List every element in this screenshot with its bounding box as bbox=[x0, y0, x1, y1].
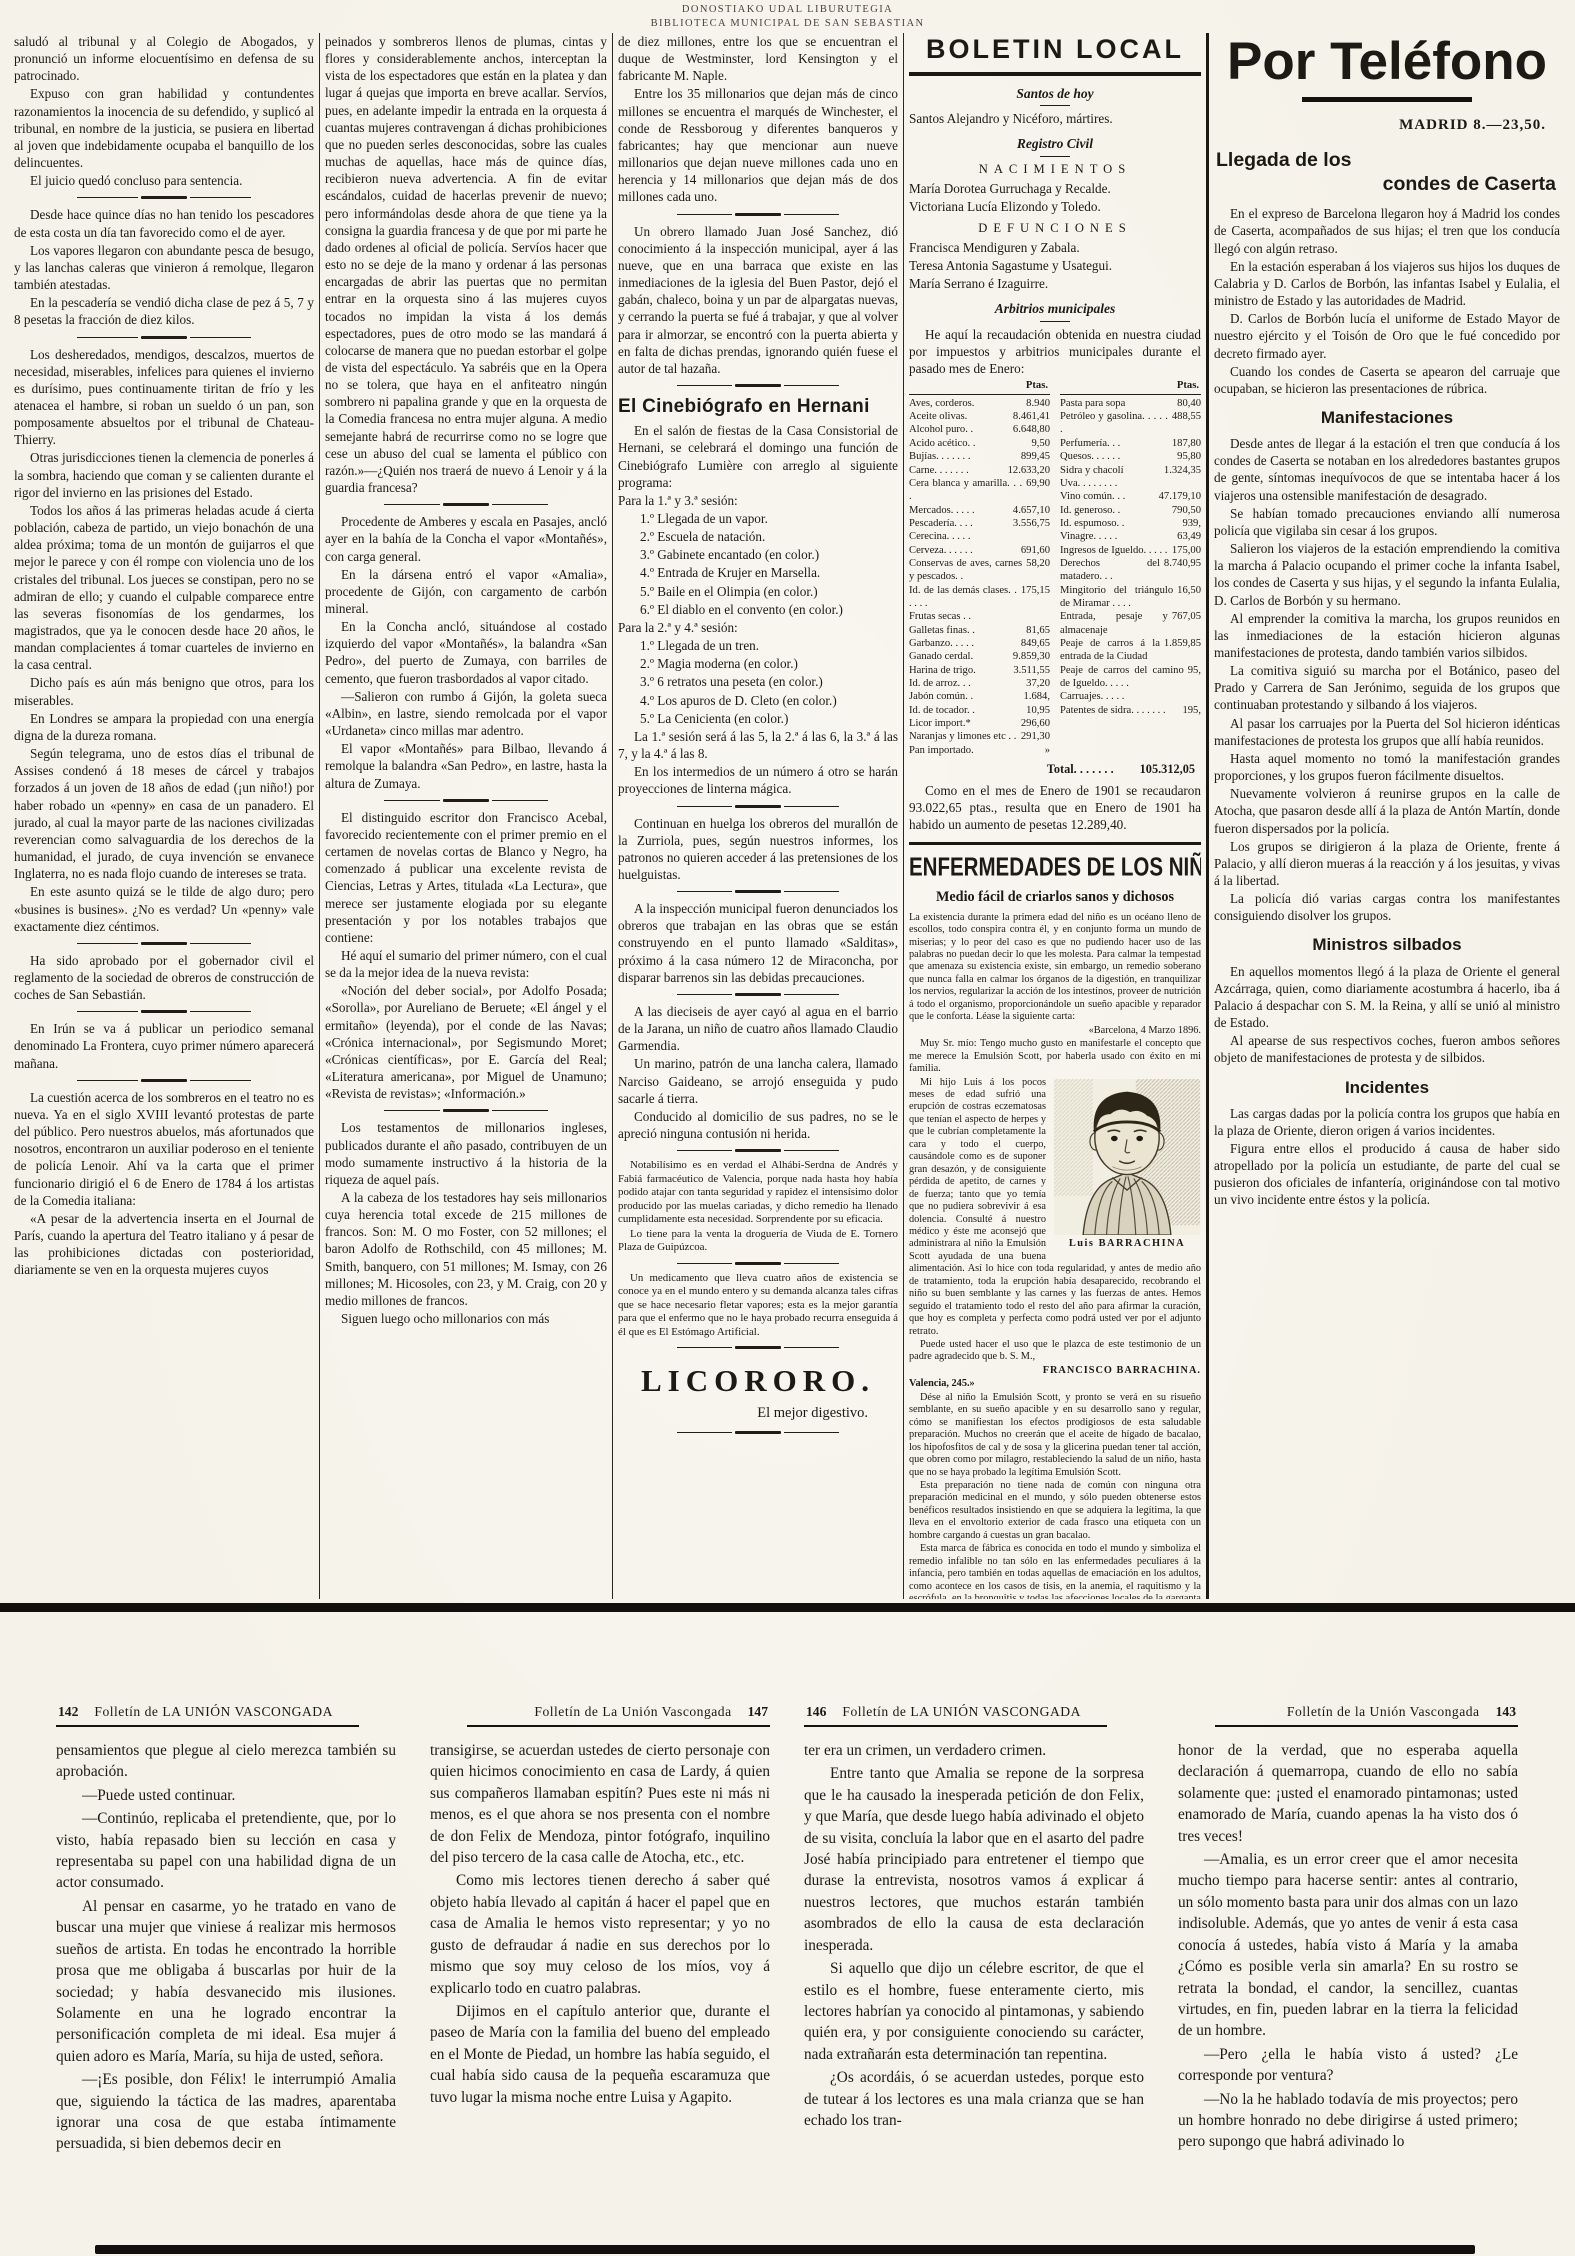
subhead: Manifestaciones bbox=[1214, 407, 1560, 429]
ornament-divider bbox=[677, 213, 839, 216]
portrait-caption: Luis BARRACHINA bbox=[1053, 1238, 1201, 1251]
arbitrios-row: Peaje de carros á la entrada de la Ciuda… bbox=[1060, 637, 1201, 664]
ornament-divider bbox=[384, 503, 548, 506]
text-paragraph: ter era un crimen, un verdadero crimen. bbox=[804, 1740, 1144, 1761]
ornament-divider bbox=[384, 1109, 548, 1112]
text-paragraph: Al pasar los carruajes por la Puerta del… bbox=[1214, 715, 1560, 749]
text-paragraph: Un marino, patrón de una lancha calera, … bbox=[618, 1055, 898, 1106]
arbitrios-row: Sidra y chacolí1.324,35 bbox=[1060, 464, 1201, 477]
text-paragraph: Francisca Mendiguren y Zabala. bbox=[909, 239, 1201, 256]
arbitrios-value: 80,40 bbox=[1173, 397, 1201, 410]
scott-ad-paragraph: Esta preparación no tiene nada de común … bbox=[909, 1480, 1201, 1542]
arbitrios-value: 296,60 bbox=[1017, 717, 1050, 730]
arbitrios-value: 1.684, bbox=[1020, 690, 1050, 703]
folletin-page-number: 147 bbox=[748, 1702, 768, 1721]
smallprint-paragraph: Lo tiene para la venta la droguería de V… bbox=[618, 1228, 898, 1255]
folletin-section: 142Folletín de LA UNIÓN VASCONGADApensam… bbox=[56, 1702, 1518, 2250]
text-paragraph: Teresa Antonia Sagastume y Usategui. bbox=[909, 257, 1201, 274]
text-paragraph: Si aquello que dijo un célebre escritor,… bbox=[804, 1958, 1144, 2065]
ornament-divider bbox=[77, 1010, 251, 1013]
text-paragraph: Nuevamente volvieron á reunirse grupos e… bbox=[1214, 785, 1560, 836]
program-item: 5.º La Cenicienta (en color.) bbox=[618, 710, 898, 727]
text-paragraph: Según telegrama, uno de estos días el tr… bbox=[14, 745, 314, 882]
arbitrios-label: Mercados. . . . . bbox=[909, 504, 1009, 517]
newspaper-page: DONOSTIAKO UDAL LIBURUTEGIA BIBLIOTECA M… bbox=[0, 0, 1575, 2256]
folletin-column-143: Folletín de la Unión Vascongada143honor … bbox=[1178, 1702, 1518, 2250]
arbitrios-value: 16,50 bbox=[1173, 584, 1201, 597]
text-paragraph: —Amalia, es un error creer que el amor n… bbox=[1178, 1849, 1518, 2042]
text-paragraph: «Noción del deber social», por Adolfo Po… bbox=[325, 982, 607, 1102]
text-paragraph: A la cabeza de los testadores hay seis m… bbox=[325, 1189, 607, 1309]
total-value: 105.312,05 bbox=[1140, 762, 1195, 778]
arbitrios-row: Cera blanca y amarilla. . . .69,90 bbox=[909, 477, 1050, 504]
arbitrios-row: Naranjas y limones etc . .291,30 bbox=[909, 730, 1050, 743]
folletin-title: Folletín de LA UNIÓN VASCONGADA bbox=[842, 1702, 1081, 1721]
text-paragraph: —Continúo, replicaba el pretendiente, qu… bbox=[56, 1808, 396, 1894]
text-paragraph: Como mis lectores tienen derecho á saber… bbox=[430, 1870, 770, 1998]
arbitrios-label: Alcohol puro. . bbox=[909, 423, 1009, 436]
text-paragraph: ¿Os acordáis, ó se acuerdan ustedes, por… bbox=[804, 2067, 1144, 2131]
arbitrios-row: Aceite olivas.8.461,41 bbox=[909, 410, 1050, 423]
arbitrios-value: 8.940 bbox=[1022, 397, 1050, 410]
text-paragraph: —¡Es posible, don Félix! le interrumpió … bbox=[56, 2069, 396, 2155]
arbitrios-row: Id. de las demás clases. . . . . .175,15 bbox=[909, 584, 1050, 611]
ornament-divider bbox=[677, 1346, 839, 1349]
arbitrios-row: Quesos. . . . . .95,80 bbox=[1060, 450, 1201, 463]
text-paragraph: Dicho país es aún más benigno que otros,… bbox=[14, 674, 314, 708]
ornament-divider bbox=[77, 942, 251, 945]
text-paragraph: —Puede usted continuar. bbox=[56, 1785, 396, 1806]
ornament-divider bbox=[77, 1079, 251, 1082]
scott-ad-paragraph: FRANCISCO BARRACHINA. bbox=[909, 1365, 1201, 1377]
text-paragraph: La comitiva siguió su marcha por el Botá… bbox=[1214, 662, 1560, 713]
arbitrios-row: Patentes de sidra. . . . . . .195, bbox=[1060, 704, 1201, 717]
arbitrios-label: Carruajes. . . . . bbox=[1060, 690, 1197, 703]
text-paragraph: peinados y sombreros llenos de plumas, c… bbox=[325, 33, 607, 496]
text-paragraph: Para la 1.ª y 3.ª sesión: bbox=[618, 492, 898, 509]
ornament-divider bbox=[677, 1149, 839, 1152]
arbitrios-value: 95,80 bbox=[1173, 450, 1201, 463]
arbitrios-value: 6.648,80 bbox=[1009, 423, 1050, 436]
folletin-header: Folletín de La Unión Vascongada147 bbox=[467, 1702, 770, 1727]
arbitrios-label: Id. de tocador. . bbox=[909, 704, 1022, 717]
arbitrios-row: Carruajes. . . . . bbox=[1060, 690, 1201, 703]
arbitrios-label: Id. de las demás clases. . . . . . bbox=[909, 584, 1017, 611]
arbitrios-value: 47.179,10 bbox=[1155, 490, 1201, 503]
arbitrios-row: Alcohol puro. .6.648,80 bbox=[909, 423, 1050, 436]
arbitrios-label: Jabón común. . bbox=[909, 690, 1020, 703]
text-paragraph: Entre tanto que Amalia se repone de la s… bbox=[804, 1763, 1144, 1956]
arbitrios-row: Cerveza. . . . . .691,60 bbox=[909, 544, 1050, 557]
arbitrios-label: Aceite olivas. bbox=[909, 410, 1009, 423]
top-section: saludó al tribunal y al Colegio de Aboga… bbox=[14, 33, 1562, 1599]
arbitrios-label: Garbanzo. . . . . bbox=[909, 637, 1017, 650]
section-divider-band bbox=[0, 1603, 1575, 1612]
scott-ad-paragraph: Muy Sr. mío: Tengo mucho gusto en manife… bbox=[909, 1038, 1201, 1075]
text-paragraph: honor de la verdad, que no esperaba aque… bbox=[1178, 1740, 1518, 1847]
arbitrios-value: 3.556,75 bbox=[1009, 517, 1050, 530]
ornament-divider bbox=[384, 799, 548, 802]
folletin-title: Folletín de La Unión Vascongada bbox=[534, 1702, 731, 1721]
text-paragraph: Para la 2.ª y 4.ª sesión: bbox=[618, 619, 898, 636]
arbitrios-label: Peaje de carros del camino de Igueldo. .… bbox=[1060, 664, 1184, 691]
column-rule-heavy bbox=[1206, 33, 1209, 1599]
dateline: MADRID 8.—23,50. bbox=[1214, 116, 1546, 136]
arbitrios-value: 691,60 bbox=[1017, 544, 1050, 557]
folletin-header: 142Folletín de LA UNIÓN VASCONGADA bbox=[56, 1702, 359, 1727]
text-paragraph: En la estación esperaban á los viajeros … bbox=[1214, 258, 1560, 309]
text-paragraph: Continuan en huelga los obreros del mura… bbox=[618, 815, 898, 884]
text-paragraph: —Pero ¿ella le había visto á usted? ¿Le … bbox=[1178, 2044, 1518, 2087]
text-paragraph: Los grupos se dirigieron á la plaza de O… bbox=[1214, 838, 1560, 889]
text-paragraph: A la inspección municipal fueron denunci… bbox=[618, 900, 898, 986]
text-paragraph: D. Carlos de Borbón lucía el uniforme de… bbox=[1214, 310, 1560, 361]
arbitrios-label: Frutas secas . . bbox=[909, 610, 1046, 623]
text-paragraph: En la Concha ancló, situándose al costad… bbox=[325, 618, 607, 687]
program-item: 4.º Los apuros de D. Cleto (en color.) bbox=[618, 692, 898, 709]
arbitrios-row: Conservas de aves, carnes y pescados. .5… bbox=[909, 557, 1050, 584]
por-telefono-column: Por TeléfonoMADRID 8.—23,50.Llegada de l… bbox=[1214, 33, 1560, 1599]
arbitrios-right-column: Ptas.Pasta para sopa80,40Petróleo y gaso… bbox=[1060, 379, 1201, 757]
arbitrios-row: Entrada, pesaje y almacenaje767,05 bbox=[1060, 610, 1201, 637]
text-paragraph: Salieron los viajeros de la estación emp… bbox=[1214, 540, 1560, 609]
text-paragraph: Hasta aquel momento no tomó la manifesta… bbox=[1214, 750, 1560, 784]
text-paragraph: En aquellos momentos llegó á la plaza de… bbox=[1214, 963, 1560, 1032]
arbitrios-value: 10,95 bbox=[1022, 704, 1050, 717]
program-item: 1.º Llegada de un tren. bbox=[618, 637, 898, 654]
text-paragraph: El vapor «Montañés» para Bilbao, llevand… bbox=[325, 740, 607, 791]
arbitrios-label: Pasta para sopa bbox=[1060, 397, 1173, 410]
scott-ad-paragraph: Esta marca de fábrica es conocida en tod… bbox=[909, 1543, 1201, 1599]
arbitrios-row: Ingresos de Igueldo. . . . .175,00 bbox=[1060, 544, 1201, 557]
arbitrios-value: 4.657,10 bbox=[1009, 504, 1050, 517]
licororo-ad-title: LICORORO. bbox=[618, 1361, 898, 1401]
text-paragraph: Desde antes de llegar á la estación el t… bbox=[1214, 435, 1560, 504]
news-column-2: peinados y sombreros llenos de plumas, c… bbox=[325, 33, 607, 1599]
arbitrios-value: 939, bbox=[1178, 517, 1201, 530]
text-paragraph: Un obrero llamado Juan José Sanchez, dió… bbox=[618, 223, 898, 377]
arbitrios-label: Licor import.* bbox=[909, 717, 1017, 730]
smallprint-paragraph: Notabilísimo es en verdad el Alhábi-Serd… bbox=[618, 1159, 898, 1227]
news-column-3: de diez millones, entre los que se encue… bbox=[618, 33, 898, 1599]
arbitrios-row: Harina de trigo.3.511,55 bbox=[909, 664, 1050, 677]
arbitrios-label: Galletas finas. . bbox=[909, 624, 1022, 637]
ptas-header: Ptas. bbox=[909, 379, 1050, 394]
program-item: 3.º Gabinete encantado (en color.) bbox=[618, 546, 898, 563]
arbitrios-label: Aves, corderos. bbox=[909, 397, 1022, 410]
text-paragraph: Siguen luego ocho millonarios con más bbox=[325, 1310, 607, 1327]
ptas-header: Ptas. bbox=[1060, 379, 1201, 394]
arbitrios-label: Conservas de aves, carnes y pescados. . bbox=[909, 557, 1022, 584]
stamp-line-1: DONOSTIAKO UDAL LIBURUTEGIA bbox=[0, 3, 1575, 17]
arbitrios-value: 95, bbox=[1184, 664, 1201, 677]
arbitrios-value: 899,45 bbox=[1017, 450, 1050, 463]
subsection-heading: Arbitrios municipales bbox=[909, 300, 1201, 322]
folletin-title: Folletín de la Unión Vascongada bbox=[1287, 1702, 1480, 1721]
ornament-divider bbox=[677, 384, 839, 387]
arbitrios-value: » bbox=[1041, 744, 1050, 757]
arbitrios-label: Ingresos de Igueldo. . . . . bbox=[1060, 544, 1168, 557]
arbitrios-row: Vino común. . .47.179,10 bbox=[1060, 490, 1201, 503]
folletin-page-number: 146 bbox=[806, 1702, 826, 1721]
arbitrios-value: 3.511,55 bbox=[1009, 664, 1050, 677]
text-paragraph: Todos los años á las primeras heladas ac… bbox=[14, 502, 314, 674]
text-paragraph: Figura entre ellos el producido á causa … bbox=[1214, 1140, 1560, 1209]
arbitrios-value: 9,50 bbox=[1027, 437, 1050, 450]
text-paragraph: María Dorotea Gurruchaga y Recalde. bbox=[909, 180, 1201, 197]
text-paragraph: En Irún se va á publicar un periodico se… bbox=[14, 1020, 314, 1071]
text-paragraph: Se habían tomado precauciones enviando a… bbox=[1214, 505, 1560, 539]
arbitrios-row: Frutas secas . . bbox=[909, 610, 1050, 623]
text-paragraph: Los testamentos de millonarios ingleses,… bbox=[325, 1119, 607, 1188]
arbitrios-label: Entrada, pesaje y almacenaje bbox=[1060, 610, 1168, 637]
scott-ad-paragraph: «Barcelona, 4 Marzo 1896. bbox=[909, 1025, 1201, 1037]
text-paragraph: Al emprender la comitiva la marcha, los … bbox=[1214, 610, 1560, 661]
folletin-column-146: 146Folletín de LA UNIÓN VASCONGADAter er… bbox=[804, 1702, 1144, 2250]
arbitrios-value: 1.859,85 bbox=[1160, 637, 1201, 650]
arbitrios-label: Pescadería. . . . bbox=[909, 517, 1009, 530]
arbitrios-row: Jabón común. .1.684, bbox=[909, 690, 1050, 703]
program-item: 4.º Entrada de Krujer en Marsella. bbox=[618, 564, 898, 581]
arbitrios-label: Id. de arroz. . . bbox=[909, 677, 1022, 690]
subsection-heading: Registro Civil bbox=[909, 135, 1201, 157]
scott-ad-title: ENFERMEDADES DE LOS NIÑOS bbox=[909, 851, 1201, 884]
text-paragraph: El distinguido escritor don Francisco Ac… bbox=[325, 809, 607, 946]
scott-ad-paragraph: La existencia durante la primera edad de… bbox=[909, 912, 1201, 1024]
arbitrios-left-column: Ptas.Aves, corderos.8.940Aceite olivas.8… bbox=[909, 379, 1050, 757]
ornament-divider bbox=[677, 993, 839, 996]
arbitrios-label: Id. espumoso. . bbox=[1060, 517, 1178, 530]
stamp-line-2: BIBLIOTECA MUNICIPAL DE SAN SEBASTIAN bbox=[0, 17, 1575, 31]
arbitrios-row: Mingitorio del triángulo de Miramar . . … bbox=[1060, 584, 1201, 611]
arbitrios-row: Licor import.*296,60 bbox=[909, 717, 1050, 730]
arbitrios-value: 1.324,35 bbox=[1160, 464, 1201, 477]
ornament-divider bbox=[77, 336, 251, 339]
text-paragraph: Hé aquí el sumario del primer número, co… bbox=[325, 947, 607, 981]
program-item: 1.º Llegada de un vapor. bbox=[618, 510, 898, 527]
text-paragraph: saludó al tribunal y al Colegio de Aboga… bbox=[14, 33, 314, 84]
arbitrios-value: 175,15 bbox=[1017, 584, 1050, 597]
thick-rule bbox=[909, 842, 1201, 845]
list-heading: DEFUNCIONES bbox=[909, 220, 1201, 236]
arbitrios-label: Id. generoso. . bbox=[1060, 504, 1168, 517]
text-paragraph: Entre los 35 millonarios que dejan más d… bbox=[618, 85, 898, 205]
child-portrait-image: Luis BARRACHINA bbox=[1053, 1079, 1201, 1251]
masthead-rule bbox=[1302, 97, 1472, 102]
arbitrios-row: Garbanzo. . . . .849,65 bbox=[909, 637, 1050, 650]
total-label: Total. . . . . . . bbox=[1047, 762, 1114, 778]
folletin-title: Folletín de LA UNIÓN VASCONGADA bbox=[94, 1702, 333, 1721]
text-paragraph: En los intermedios de un número á otro s… bbox=[618, 763, 898, 797]
subhead: Incidentes bbox=[1214, 1077, 1560, 1099]
arbitrios-label: Derechos del matadero. . . bbox=[1060, 557, 1160, 584]
arbitrios-row: Uva. . . . . . . . bbox=[1060, 477, 1201, 490]
text-paragraph: Las cargas dadas por la policía contra l… bbox=[1214, 1105, 1560, 1139]
text-paragraph: Otras jurisdicciones tienen la clemencia… bbox=[14, 449, 314, 500]
text-paragraph: transigirse, se acuerdan ustedes de cier… bbox=[430, 1740, 770, 1868]
arbitrios-value: 175,00 bbox=[1168, 544, 1201, 557]
folletin-header: Folletín de la Unión Vascongada143 bbox=[1215, 1702, 1518, 1727]
arbitrios-row: Petróleo y gasolina. . . . . .488,55 bbox=[1060, 410, 1201, 437]
text-paragraph: Ha sido aprobado por el gobernador civil… bbox=[14, 952, 314, 1003]
arbitrios-value: 12.633,20 bbox=[1004, 464, 1050, 477]
arbitrios-row: Pasta para sopa80,40 bbox=[1060, 397, 1201, 410]
text-paragraph: En Londres se ampara la propiedad con un… bbox=[14, 710, 314, 744]
text-paragraph: En este asunto quizá se le tilde de algo… bbox=[14, 883, 314, 934]
text-paragraph: He aquí la recaudación obtenida en nuest… bbox=[909, 326, 1201, 377]
article-headline: El Cinebiógrafo en Hernani bbox=[618, 396, 898, 417]
text-paragraph: «A pesar de la advertencia inserta en el… bbox=[14, 1210, 314, 1279]
folletin-column-147: Folletín de La Unión Vascongada147transi… bbox=[430, 1702, 770, 2250]
arbitrios-value: 69,90 bbox=[1022, 477, 1050, 490]
arbitrios-value: 790,50 bbox=[1168, 504, 1201, 517]
ornament-divider bbox=[677, 890, 839, 893]
arbitrios-label: Sidra y chacolí bbox=[1060, 464, 1160, 477]
arbitrios-row: Galletas finas. .81,65 bbox=[909, 624, 1050, 637]
scott-ad-paragraph: Dése al niño la Emulsión Scott, y pronto… bbox=[909, 1392, 1201, 1479]
arbitrios-row: Carne. . . . . . .12.633,20 bbox=[909, 464, 1050, 477]
text-paragraph: de diez millones, entre los que se encue… bbox=[618, 33, 898, 84]
text-paragraph: Los desheredados, mendigos, descalzos, m… bbox=[14, 346, 314, 449]
arbitrios-label: Ganado cerdal. bbox=[909, 650, 1009, 663]
folletin-header: 146Folletín de LA UNIÓN VASCONGADA bbox=[804, 1702, 1107, 1727]
text-paragraph: La policía dió varias cargas contra los … bbox=[1214, 890, 1560, 924]
arbitrios-value: 8.740,95 bbox=[1160, 557, 1201, 570]
arbitrios-row: Pan importado.» bbox=[909, 744, 1050, 757]
arbitrios-label: Acido acético. . bbox=[909, 437, 1027, 450]
arbitrios-value: 488,55 bbox=[1168, 410, 1201, 423]
column-rule bbox=[612, 33, 613, 1599]
arbitrios-row: Derechos del matadero. . .8.740,95 bbox=[1060, 557, 1201, 584]
program-item: 2.º Escuela de natación. bbox=[618, 528, 898, 545]
text-paragraph: Conducido al domicilio de sus padres, no… bbox=[618, 1108, 898, 1142]
scott-ad-paragraph: Puede usted hacer el uso que le plazca d… bbox=[909, 1339, 1201, 1364]
ornament-divider bbox=[77, 196, 251, 199]
text-paragraph: Procedente de Amberes y escala en Pasaje… bbox=[325, 513, 607, 564]
arbitrios-total-row: Total. . . . . . .105.312,05 bbox=[909, 762, 1201, 778]
folletin-page-number: 142 bbox=[58, 1702, 78, 1721]
text-paragraph: En la dársena entró el vapor «Amalia», p… bbox=[325, 566, 607, 617]
article-headline: Llegada de loscondes de Caserta bbox=[1214, 148, 1560, 197]
subsection-heading: Santos de hoy bbox=[909, 85, 1201, 107]
scott-ad-paragraph: Valencia, 245.» bbox=[909, 1378, 1201, 1390]
text-paragraph: Al apearse de sus respectivos coches, fu… bbox=[1214, 1032, 1560, 1066]
arbitrios-label: Patentes de sidra. . . . . . . bbox=[1060, 704, 1178, 717]
text-paragraph: Al pensar en casarme, yo he tratado en v… bbox=[56, 1896, 396, 2067]
ornament-divider bbox=[677, 805, 839, 808]
arbitrios-label: Perfumería. . . bbox=[1060, 437, 1168, 450]
por-telefono-masthead: Por Teléfono bbox=[1214, 35, 1560, 89]
column-rule bbox=[903, 33, 904, 1599]
list-heading: NACIMIENTOS bbox=[909, 161, 1201, 177]
subhead: Ministros silbados bbox=[1214, 934, 1560, 956]
text-paragraph: Victoriana Lucía Elizondo y Toledo. bbox=[909, 198, 1201, 215]
headline-line: condes de Caserta bbox=[1214, 172, 1560, 196]
arbitrios-label: Bujías. . . . . . . bbox=[909, 450, 1017, 463]
program-item: 3.º 6 retratos una peseta (en color.) bbox=[618, 673, 898, 690]
arbitrios-row: Aves, corderos.8.940 bbox=[909, 397, 1050, 410]
arbitrios-label: Mingitorio del triángulo de Miramar . . … bbox=[1060, 584, 1173, 611]
program-item: 5.º Baile en el Olimpia (en color.) bbox=[618, 583, 898, 600]
text-paragraph: La 1.ª sesión será á las 5, la 2.ª á las… bbox=[618, 728, 898, 762]
text-paragraph: —No la he hablado todavía de mis proyect… bbox=[1178, 2089, 1518, 2153]
folletin-column-142: 142Folletín de LA UNIÓN VASCONGADApensam… bbox=[56, 1702, 396, 2250]
program-item: 6.º El diablo en el convento (en color.) bbox=[618, 601, 898, 618]
arbitrios-row: Cerecina. . . . . bbox=[909, 530, 1050, 543]
headline-line: Llegada de los bbox=[1214, 148, 1560, 172]
text-paragraph: —Salieron con rumbo á Gijón, la goleta s… bbox=[325, 688, 607, 739]
arbitrios-row: Acido acético. .9,50 bbox=[909, 437, 1050, 450]
text-paragraph: En el salón de fiestas de la Casa Consis… bbox=[618, 422, 898, 491]
arbitrios-label: Harina de trigo. bbox=[909, 664, 1009, 677]
arbitrios-row: Peaje de carros del camino de Igueldo. .… bbox=[1060, 664, 1201, 691]
text-paragraph: En el expreso de Barcelona llegaron hoy … bbox=[1214, 205, 1560, 256]
arbitrios-row: Perfumería. . .187,80 bbox=[1060, 437, 1201, 450]
arbitrios-label: Naranjas y limones etc . . bbox=[909, 730, 1017, 743]
arbitrios-value: 58,20 bbox=[1022, 557, 1050, 570]
news-column-1: saludó al tribunal y al Colegio de Aboga… bbox=[14, 33, 314, 1599]
ornament-divider bbox=[677, 1431, 839, 1434]
arbitrios-value: 8.461,41 bbox=[1009, 410, 1050, 423]
smallprint-paragraph: Un medicamento que lleva cuatro años de … bbox=[618, 1272, 898, 1340]
arbitrios-label: Peaje de carros á la entrada de la Ciuda… bbox=[1060, 637, 1160, 664]
text-paragraph: En la pescadería se vendió dicha clase d… bbox=[14, 294, 314, 328]
arbitrios-value: 195, bbox=[1178, 704, 1201, 717]
arbitrios-row: Pescadería. . . .3.556,75 bbox=[909, 517, 1050, 530]
arbitrios-row: Ganado cerdal.9.859,30 bbox=[909, 650, 1050, 663]
arbitrios-label: Cerecina. . . . . bbox=[909, 530, 1046, 543]
arbitrios-value: 37,20 bbox=[1022, 677, 1050, 690]
text-paragraph: Los vapores llegaron con abundante pesca… bbox=[14, 242, 314, 293]
text-paragraph: La cuestión acerca de los sombreros en e… bbox=[14, 1089, 314, 1209]
text-paragraph: Como en el mes de Enero de 1901 se recau… bbox=[909, 782, 1201, 833]
arbitrios-label: Cera blanca y amarilla. . . . bbox=[909, 477, 1022, 504]
text-paragraph: Dijimos en el capítulo anterior que, dur… bbox=[430, 2001, 770, 2108]
arbitrios-label: Petróleo y gasolina. . . . . . bbox=[1060, 410, 1168, 437]
arbitrios-value: 9.859,30 bbox=[1009, 650, 1050, 663]
boletin-local-masthead: BOLETIN LOCAL bbox=[909, 35, 1201, 76]
arbitrios-value: 849,65 bbox=[1017, 637, 1050, 650]
text-paragraph: María Serrano é Izaguirre. bbox=[909, 275, 1201, 292]
arbitrios-label: Carne. . . . . . . bbox=[909, 464, 1004, 477]
text-paragraph: A las dieciseis de ayer cayó al agua en … bbox=[618, 1003, 898, 1054]
text-paragraph: pensamientos que plegue al cielo merezca… bbox=[56, 1740, 396, 1783]
arbitrios-label: Uva. . . . . . . . bbox=[1060, 477, 1197, 490]
ornament-divider bbox=[677, 1262, 839, 1265]
arbitrios-row: Id. espumoso. .939, bbox=[1060, 517, 1201, 530]
arbitrios-value: 63,49 bbox=[1173, 530, 1201, 543]
text-paragraph: El juicio quedó concluso para sentencia. bbox=[14, 172, 314, 189]
arbitrios-row: Id. de tocador. .10,95 bbox=[909, 704, 1050, 717]
scott-ad-subtitle: Medio fácil de criarlos sanos y dichosos bbox=[909, 888, 1201, 906]
arbitrios-label: Pan importado. bbox=[909, 744, 1041, 757]
arbitrios-label: Vinagre. . . . . bbox=[1060, 530, 1173, 543]
library-stamp: DONOSTIAKO UDAL LIBURUTEGIA BIBLIOTECA M… bbox=[0, 3, 1575, 30]
bottom-ink-strip bbox=[95, 2245, 1475, 2254]
arbitrios-row: Id. de arroz. . .37,20 bbox=[909, 677, 1050, 690]
arbitrios-value: 291,30 bbox=[1017, 730, 1050, 743]
arbitrios-value: 81,65 bbox=[1022, 624, 1050, 637]
scott-ad-body: La existencia durante la primera edad de… bbox=[909, 912, 1201, 1599]
licororo-ad-tagline: El mejor digestivo. bbox=[618, 1404, 898, 1423]
arbitrios-row: Id. generoso. .790,50 bbox=[1060, 504, 1201, 517]
arbitrios-value: 187,80 bbox=[1168, 437, 1201, 450]
arbitrios-label: Cerveza. . . . . . bbox=[909, 544, 1017, 557]
arbitrios-row: Vinagre. . . . .63,49 bbox=[1060, 530, 1201, 543]
text-paragraph: Expuso con gran habilidad y contundentes… bbox=[14, 85, 314, 171]
arbitrios-label: Vino común. . . bbox=[1060, 490, 1155, 503]
boletin-local-column: BOLETIN LOCALSantos de hoySantos Alejand… bbox=[909, 33, 1201, 1599]
